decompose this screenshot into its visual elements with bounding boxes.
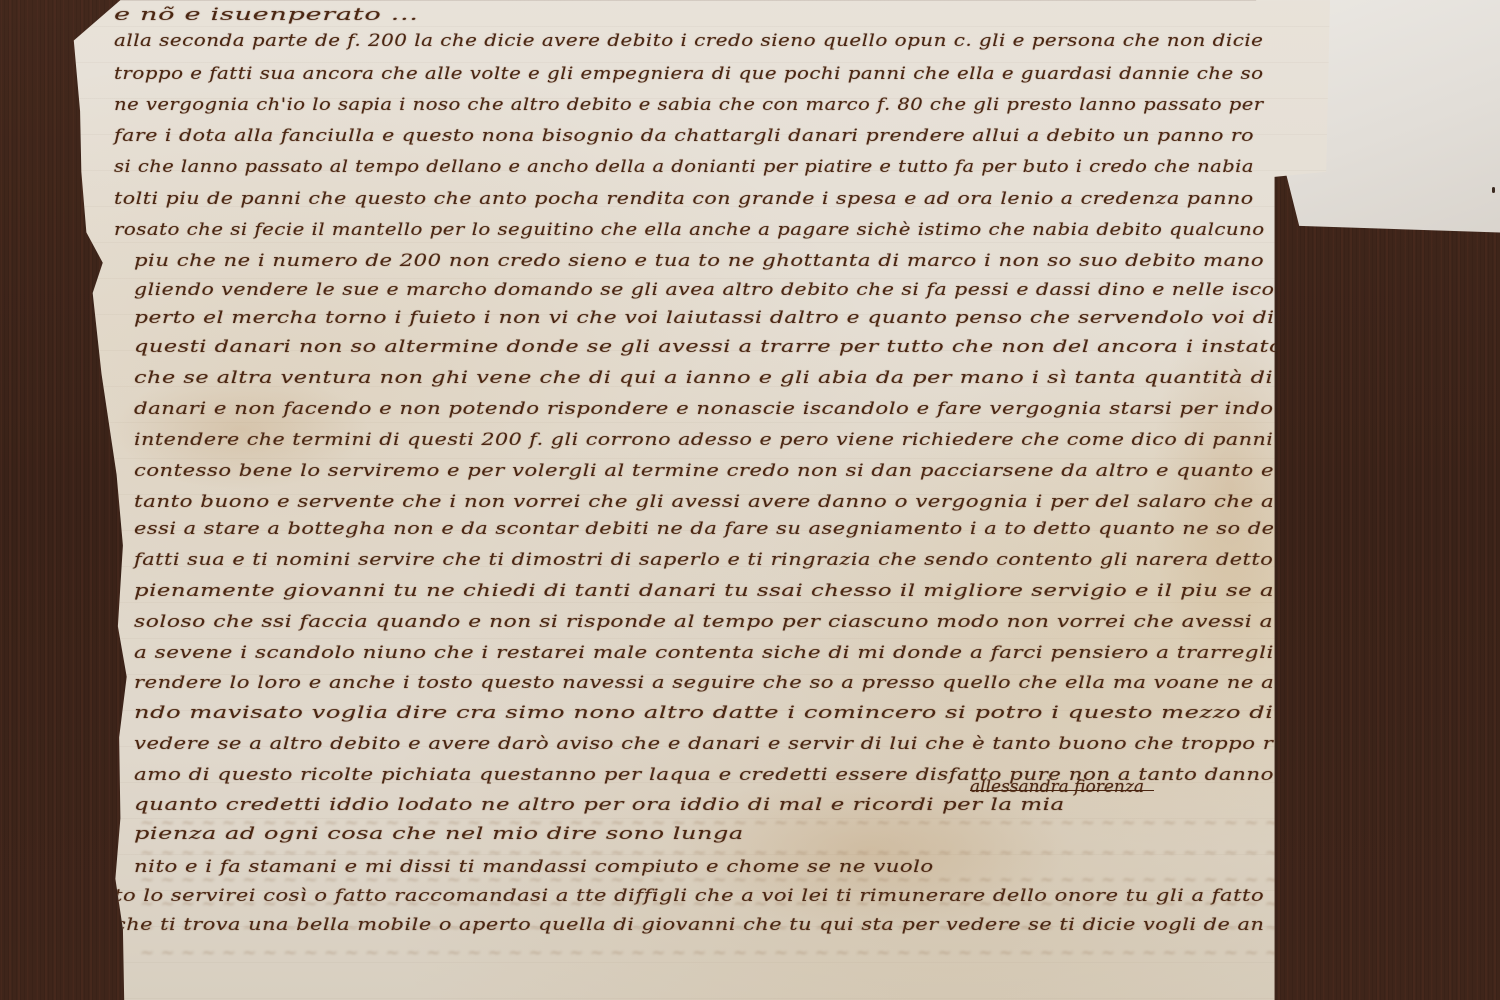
handwritten-line: tanto buono e servente che i non vorrei … [134, 492, 1274, 512]
handwritten-line: rendere lo loro e anche i tosto questo n… [134, 673, 1274, 693]
handwritten-line: rosato che si fecie il mantello per lo s… [114, 220, 1265, 240]
bleed-through-line: ~ ~ ~ ~ ~ ~ ~ ~ ~ ~ ~ ~ ~ ~ ~ ~ ~ ~ ~ ~ … [140, 813, 1300, 833]
handwritten-line: ne vergognia ch'io lo sapia i noso che a… [114, 95, 1264, 115]
bleed-through-line: ~ ~ ~ ~ ~ ~ ~ ~ ~ ~ ~ ~ ~ ~ ~ ~ ~ ~ ~ ~ … [140, 870, 1300, 890]
handwritten-line: ndo mavisato voglia dire cra simo nono a… [134, 703, 1274, 723]
bleed-through-line: ~ ~ ~ ~ ~ ~ ~ ~ ~ ~ ~ ~ ~ ~ ~ ~ ~ ~ ~ ~ … [140, 943, 1300, 963]
handwritten-line: fare i dota alla fanciulla e questo nona… [114, 126, 1254, 146]
letter-body: e nõ e isuenperato ...alla seconda parte… [70, 0, 1330, 1000]
handwritten-line: a sevene i scandolo niuno che i restarei… [134, 643, 1274, 663]
handwritten-line: fatti sua e ti nomini servire che ti dim… [134, 550, 1273, 570]
handwritten-line: gliendo vendere le sue e marcho domando … [134, 280, 1274, 300]
bleed-through-line: ~ ~ ~ ~ ~ ~ ~ ~ ~ ~ ~ ~ ~ ~ ~ ~ ~ ~ ~ ~ … [140, 918, 1300, 938]
handwritten-line: si che lanno passato al tempo dellano e … [114, 157, 1254, 177]
signature: allessandra fiorenza [970, 777, 1144, 797]
handwritten-line: intendere che termini di questi 200 f. g… [134, 430, 1273, 450]
handwritten-line: alla seconda parte de f. 200 la che dici… [114, 31, 1263, 51]
handwritten-line: vedere se a altro debito e avere darò av… [134, 734, 1273, 754]
handwritten-line: perto el mercha torno i fuieto i non vi … [134, 308, 1275, 328]
handwritten-line: piu che ne i numero de 200 non credo sie… [134, 251, 1264, 271]
handwritten-line: contesso bene lo serviremo e per volergl… [134, 461, 1274, 481]
handwritten-line: essi a stare a bottegha non e da scontar… [134, 519, 1274, 539]
handwritten-line: tolti piu de panni che questo che anto p… [114, 189, 1254, 209]
bleed-through-line: ~ ~ ~ ~ ~ ~ ~ ~ ~ ~ ~ ~ ~ ~ ~ ~ ~ ~ ~ ~ … [140, 843, 1300, 863]
handwritten-line: che se altra ventura non ghi vene che di… [134, 368, 1273, 388]
handwritten-line: e nõ e isuenperato ... [114, 5, 419, 25]
manuscript-letter: e nõ e isuenperato ...alla seconda parte… [70, 0, 1330, 1000]
handwritten-line: questi danari non so altermine donde se … [134, 337, 1283, 357]
handwritten-line: pienamente giovanni tu ne chiedi di tant… [134, 581, 1274, 601]
handwritten-line: troppo e fatti sua ancora che alle volte… [114, 64, 1264, 84]
handwritten-line: danari e non facendo e non potendo rispo… [134, 399, 1274, 419]
handwritten-line: soloso che ssi faccia quando e non si ri… [134, 612, 1273, 632]
bleed-through-line: ~ ~ ~ ~ ~ ~ ~ ~ ~ ~ ~ ~ ~ ~ ~ ~ ~ ~ ~ ~ … [140, 894, 1300, 914]
ink-spot [1492, 187, 1495, 193]
